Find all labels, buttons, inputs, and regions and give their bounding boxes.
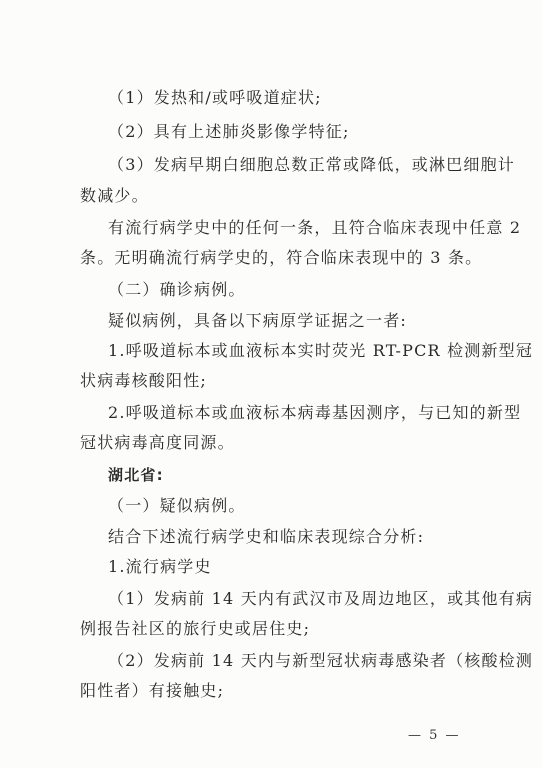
criteria-line: 状病毒核酸阳性; (80, 371, 207, 391)
criteria-line: 数减少。 (80, 186, 149, 206)
section-heading: （一）疑似病例。 (108, 496, 246, 516)
paragraph-line: 条。无明确流行病学史的，符合临床表现中的 3 条。 (80, 248, 482, 268)
criteria-line: 1.呼吸道标本或血液标本实时荧光 RT-PCR 检测新型冠 (108, 341, 533, 361)
criteria-line: 2.呼吸道标本或血液标本病毒基因测序，与已知的新型 (108, 403, 521, 423)
criteria-line: （1）发病前 14 天内有武汉市及周边地区，或其他有病 (108, 589, 533, 609)
criteria-line: （2）具有上述肺炎影像学特征; (108, 122, 350, 142)
criteria-line: 例报告社区的旅行史或居住史; (80, 619, 310, 639)
section-heading: （二）确诊病例。 (108, 280, 246, 300)
paragraph-line: 疑似病例，具备以下病原学证据之一者: (108, 311, 407, 331)
criteria-line: 阳性者）有接触史; (80, 681, 224, 701)
subsection-heading: 1.流行病学史 (108, 557, 212, 577)
criteria-line: （1）发热和/或呼吸道症状; (108, 88, 322, 108)
province-heading: 湖北省: (108, 465, 164, 485)
document-page: （1）发热和/或呼吸道症状; （2）具有上述肺炎影像学特征; （3）发病早期白细… (0, 0, 542, 768)
criteria-line: （2）发病前 14 天内与新型冠状病毒感染者（核酸检测 (108, 651, 533, 671)
page-number: — 5 — (408, 728, 461, 743)
criteria-line: 冠状病毒高度同源。 (80, 433, 235, 453)
criteria-line: （3）发病早期白细胞总数正常或降低，或淋巴细胞计 (108, 155, 515, 175)
paragraph-line: 有流行病学史中的任何一条，且符合临床表现中任意 2 (108, 218, 521, 238)
paragraph-line: 结合下述流行病学史和临床表现综合分析: (108, 527, 424, 547)
